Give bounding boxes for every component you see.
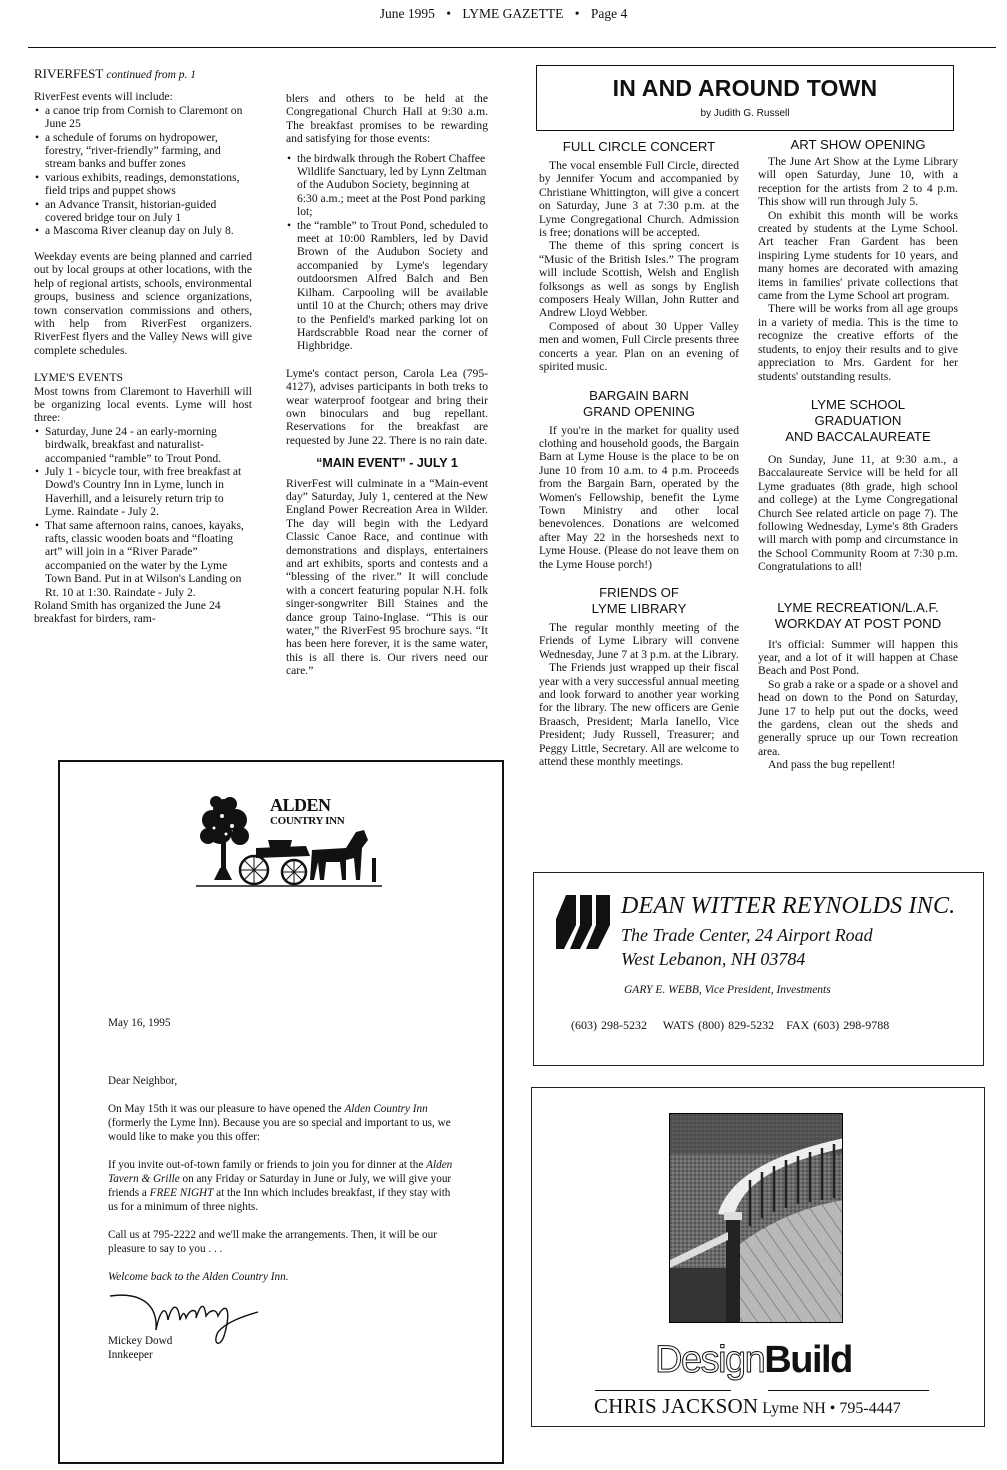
riverfest-intro: RiverFest events will include: xyxy=(34,90,252,103)
heading-line: WORKDAY AT POST POND xyxy=(758,616,958,632)
address-line-2: West Lebanon, NH 03784 xyxy=(621,949,805,970)
heading-line: BARGAIN BARN xyxy=(539,388,739,404)
graduation-heading: LYME SCHOOL GRADUATION AND BACCALAUREATE xyxy=(758,397,958,445)
alden-logo-line2: COUNTRY INN xyxy=(270,814,344,829)
riverfest-kicker: RIVERFEST continued from p. 1 xyxy=(34,67,252,82)
friends-library-heading: FRIENDS OF LYME LIBRARY xyxy=(539,585,739,617)
riverfest-weekday-paragraph: Weekday events are being planned and car… xyxy=(34,250,252,357)
letter-emphasis: FREE NIGHT xyxy=(150,1187,214,1199)
list-item: That same afternoon rains, canoes, kayak… xyxy=(34,519,252,599)
section-byline: by Judith G. Russell xyxy=(537,108,953,119)
heading-line: AND BACCALAUREATE xyxy=(758,429,958,445)
riverfest-kicker-title: RIVERFEST xyxy=(34,66,103,81)
roland-paragraph-cont: blers and others to be held at the Congr… xyxy=(286,92,488,146)
list-item: Saturday, June 24 - an early-morning bir… xyxy=(34,425,252,465)
letter-emphasis: Alden Country Inn xyxy=(344,1103,427,1115)
design-build-logo: DesignBuild xyxy=(655,1340,852,1380)
page-masthead: June 1995 • LYME GAZETTE • Page 4 xyxy=(0,6,1007,22)
letter-date: May 16, 1995 xyxy=(108,1016,458,1030)
heading-line: GRAND OPENING xyxy=(539,404,739,420)
contact-person: GARY E. WEBB, Vice President, Investment… xyxy=(624,984,831,996)
masthead-rule xyxy=(28,47,996,48)
publication-name: LYME GAZETTE xyxy=(458,6,567,21)
wats-phone: WATS (800) 829-5232 xyxy=(663,1018,774,1032)
article-paragraph: The vocal ensemble Full Circle, directed… xyxy=(539,159,739,239)
bargain-barn-heading: BARGAIN BARN GRAND OPENING xyxy=(539,388,739,420)
page-number: Page 4 xyxy=(587,6,631,21)
section-title: IN AND AROUND TOWN xyxy=(537,75,953,102)
list-item: a canoe trip from Cornish to Claremont o… xyxy=(34,104,252,131)
masthead-separator: • xyxy=(571,6,584,21)
riverfest-column-1: RIVERFEST continued from p. 1 RiverFest … xyxy=(34,67,252,626)
phone-numbers: (603) 298-5232 WATS (800) 829-5232 FAX (… xyxy=(571,1018,889,1033)
company-name: DEAN WITTER REYNOLDS INC. xyxy=(621,893,955,920)
lyme-events-list: Saturday, June 24 - an early-morning bir… xyxy=(34,425,252,599)
contact-paragraph: Lyme's contact person, Carola Lea (795-4… xyxy=(286,367,488,447)
lymes-events-heading: LYME'S EVENTS xyxy=(34,371,252,384)
letter-text: On May 15th it was our pleasure to have … xyxy=(108,1103,344,1115)
alden-logo-line1: ALDEN xyxy=(270,795,331,815)
recreation-heading: LYME RECREATION/L.A.F. WORKDAY AT POST P… xyxy=(758,600,958,632)
town-column-right: ART SHOW OPENING The June Art Show at th… xyxy=(758,137,958,772)
article-paragraph: There will be works from all age groups … xyxy=(758,302,958,382)
main-event-paragraph: RiverFest will culminate in a “Main-even… xyxy=(286,477,488,678)
heading-line: LYME SCHOOL xyxy=(758,397,958,413)
curved-deck-railing-photo xyxy=(669,1113,843,1323)
list-item: the birdwalk through the Robert Chaffee … xyxy=(286,152,488,219)
masthead-separator: • xyxy=(442,6,455,21)
letter-text: If you invite out-of-town family or frie… xyxy=(108,1159,426,1171)
design-build-ad: DesignBuild CHRIS JACKSON Lyme NH • 795-… xyxy=(531,1087,985,1427)
article-paragraph: It's official: Summer will happen this y… xyxy=(758,638,958,678)
logo-build-text: Build xyxy=(764,1339,851,1381)
lymes-events-intro: Most towns from Claremont to Haverhill w… xyxy=(34,385,252,425)
full-circle-heading: FULL CIRCLE CONCERT xyxy=(539,139,739,155)
article-paragraph: So grab a rake or a spade or a shovel an… xyxy=(758,678,958,758)
list-item: July 1 - bicycle tour, with free breakfa… xyxy=(34,465,252,519)
article-paragraph: On Sunday, June 11, at 9:30 a.m., a Bacc… xyxy=(758,453,958,574)
logo-rule-left xyxy=(595,1390,731,1391)
town-column-left: FULL CIRCLE CONCERT The vocal ensemble F… xyxy=(539,139,739,768)
dean-witter-stripes-icon xyxy=(556,895,612,951)
alden-wordmark: ALDEN COUNTRY INN xyxy=(270,798,344,829)
dean-witter-ad: DEAN WITTER REYNOLDS INC. The Trade Cent… xyxy=(533,872,984,1066)
heading-line: GRADUATION xyxy=(758,413,958,429)
list-item: a schedule of forums on hydropower, fore… xyxy=(34,131,252,171)
logo-rule-right xyxy=(768,1390,929,1391)
article-paragraph: The theme of this spring concert is “Mus… xyxy=(539,239,739,319)
heading-line: LYME LIBRARY xyxy=(539,601,739,617)
signer-name: Mickey Dowd xyxy=(108,1334,458,1348)
article-paragraph: On exhibit this month will be works crea… xyxy=(758,209,958,303)
article-paragraph: And pass the bug repellent! xyxy=(758,758,958,771)
art-show-heading: ART SHOW OPENING xyxy=(758,137,958,153)
article-paragraph: Composed of about 30 Upper Valley men an… xyxy=(539,320,739,374)
letter-paragraph-2: If you invite out-of-town family or frie… xyxy=(108,1158,458,1214)
fax-number: FAX (603) 298-9788 xyxy=(786,1018,889,1032)
letter-salutation: Dear Neighbor, xyxy=(108,1074,458,1088)
letter-closing: Welcome back to the Alden Country Inn. xyxy=(108,1270,458,1284)
address-line-1: The Trade Center, 24 Airport Road xyxy=(621,925,873,946)
list-item: the “ramble” to Trout Pond, scheduled to… xyxy=(286,219,488,353)
riverfest-kicker-sub: continued from p. 1 xyxy=(106,69,196,81)
design-build-contact: CHRIS JACKSON Lyme NH • 795-4447 xyxy=(594,1394,901,1419)
article-paragraph: The June Art Show at the Lyme Library wi… xyxy=(758,155,958,209)
letter-text: (formerly the Lyme Inn). Because you are… xyxy=(108,1117,451,1143)
article-paragraph: If you're in the market for quality used… xyxy=(539,424,739,571)
letter-paragraph-3: Call us at 795-2222 and we'll make the a… xyxy=(108,1228,458,1256)
alden-country-inn-ad: ALDEN COUNTRY INN May 16, 1995 Dear Neig… xyxy=(58,760,504,1464)
letter-paragraph-1: On May 15th it was our pleasure to have … xyxy=(108,1102,458,1144)
article-paragraph: The Friends just wrapped up their fiscal… xyxy=(539,661,739,768)
contact-separator: • xyxy=(830,1400,836,1417)
heading-line: LYME RECREATION/L.A.F. xyxy=(758,600,958,616)
breakfast-events-list: the birdwalk through the Robert Chaffee … xyxy=(286,152,488,353)
contractor-location: Lyme NH xyxy=(762,1400,826,1417)
phone: (603) 298-5232 xyxy=(571,1018,647,1032)
list-item: an Advance Transit, historian-guided cov… xyxy=(34,198,252,225)
issue-date: June 1995 xyxy=(376,6,439,21)
riverfest-events-list: a canoe trip from Cornish to Claremont o… xyxy=(34,104,252,238)
heading-line: FRIENDS OF xyxy=(539,585,739,601)
article-paragraph: The regular monthly meeting of the Frien… xyxy=(539,621,739,661)
main-event-heading: “MAIN EVENT” - JULY 1 xyxy=(286,457,488,470)
in-and-around-town-header: IN AND AROUND TOWN by Judith G. Russell xyxy=(536,65,954,131)
riverfest-column-2: blers and others to be held at the Congr… xyxy=(286,92,488,678)
list-item: a Mascoma River cleanup day on July 8. xyxy=(34,224,252,237)
contractor-name: CHRIS JACKSON xyxy=(594,1394,758,1418)
signer-title: Innkeeper xyxy=(108,1348,458,1362)
alden-logo: ALDEN COUNTRY INN xyxy=(196,790,382,892)
logo-design-text: Design xyxy=(655,1339,764,1381)
roland-paragraph-start: Roland Smith has organized the June 24 b… xyxy=(34,599,252,626)
list-item: various exhibits, readings, demonstation… xyxy=(34,171,252,198)
contractor-phone: 795-4447 xyxy=(839,1400,900,1417)
